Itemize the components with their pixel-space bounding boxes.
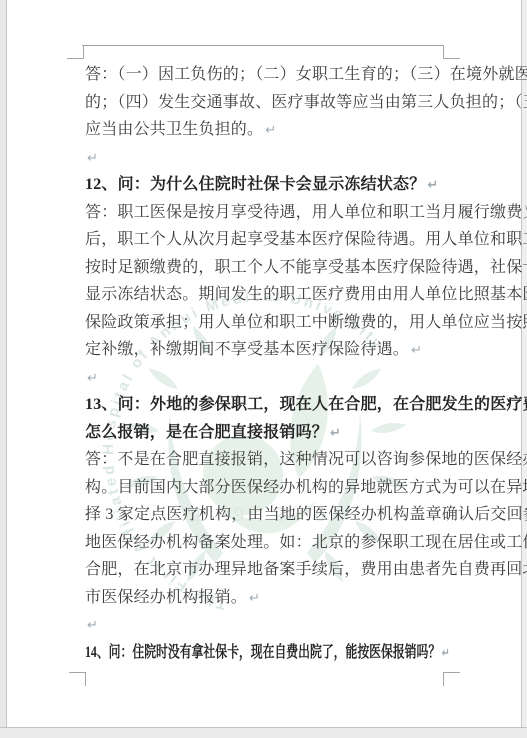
margin-mark-bottom-right-vertical — [443, 672, 444, 686]
line-text: 答：（一）因工负伤的；（二）女职工生育的；（三）在境外就医 — [85, 66, 527, 83]
paragraph-mark: ↵ — [330, 426, 341, 441]
text-line[interactable]: 答：职工医保是按月享受待遇，用人单位和职工当月履行缴费义务 — [85, 199, 445, 227]
text-line[interactable]: 应当由公共卫生负担的。↵ — [85, 116, 445, 144]
line-text: 12、问：为什么住院时社保卡会显示冻结状态？ — [85, 176, 425, 193]
text-line[interactable]: 后，职工个人从次月起享受基本医疗保险待遇。用人单位和职工不 — [85, 226, 445, 254]
line-text: 构。目前国内大部分医保经办机构的异地就医方式为可以在异地选 — [85, 479, 527, 496]
paragraph-mark: ↵ — [411, 343, 422, 358]
text-line[interactable]: 答：（一）因工负伤的；（二）女职工生育的；（三）在境外就医 — [85, 61, 445, 89]
line-text: 的；（四）发生交通事故、医疗事故等应当由第三人负担的；（五） — [85, 94, 527, 111]
line-text: 答：不是在合肥直接报销，这种情况可以咨询参保地的医保经办机 — [85, 451, 527, 468]
paragraph-mark: ↵ — [442, 646, 450, 661]
line-text: 怎么报销，是在合肥直接报销吗？ — [85, 424, 328, 441]
window-bottom-edge — [0, 727, 527, 738]
window-left-edge — [0, 0, 7, 728]
text-line[interactable]: 按时足额缴费的，职工个人不能享受基本医疗保险待遇，社保卡会 — [85, 254, 445, 282]
margin-mark-top-left-vertical — [83, 45, 84, 59]
text-line[interactable]: 14、问：住院时没有拿社保卡，现在自费出院了，能按医保报销吗？↵ — [85, 639, 445, 667]
text-line[interactable]: 定补缴，补缴期间不享受基本医疗保险待遇。↵ — [85, 336, 445, 364]
line-text: 后，职工个人从次月起享受基本医疗保险待遇。用人单位和职工不 — [85, 231, 527, 248]
word-processor-viewport: { "window": { "edge_color": "#c6c6c6", "… — [0, 0, 527, 738]
page-top-edge-line — [82, 45, 444, 46]
text-line[interactable]: 保险政策承担；用人单位和职工中断缴费的，用人单位应当按照规 — [85, 309, 445, 337]
text-line[interactable]: 合肥，在北京市办理异地备案手续后，费用由患者先自费再回北京 — [85, 556, 445, 584]
paragraph-mark: ↵ — [87, 618, 98, 633]
line-text: 地医保经办机构备案处理。如：北京的参保职工现在居住或工作在 — [85, 534, 527, 551]
line-text: 答：职工医保是按月享受待遇，用人单位和职工当月履行缴费义务 — [85, 204, 527, 221]
text-line[interactable]: 12、问：为什么住院时社保卡会显示冻结状态？↵ — [85, 171, 445, 199]
text-line[interactable]: 构。目前国内大部分医保经办机构的异地就医方式为可以在异地选 — [85, 474, 445, 502]
text-line[interactable]: 13、问：外地的参保职工，现在人在合肥，在合肥发生的医疗费用 — [85, 391, 445, 419]
line-text: 应当由公共卫生负担的。 — [85, 121, 263, 138]
line-text: 合肥，在北京市办理异地备案手续后，费用由患者先自费再回北京 — [85, 561, 527, 578]
text-line[interactable]: ↵ — [85, 364, 445, 392]
line-text: 13、问：外地的参保职工，现在人在合肥，在合肥发生的医疗费用 — [85, 396, 527, 413]
text-line[interactable]: 市医保经办机构报销。↵ — [85, 584, 445, 612]
text-line[interactable]: ↵ — [85, 144, 445, 172]
line-text: 显示冻结状态。期间发生的职工医疗费用由用人单位比照基本医疗 — [85, 286, 527, 303]
text-line[interactable]: 答：不是在合肥直接报销，这种情况可以咨询参保地的医保经办机 — [85, 446, 445, 474]
margin-mark-top-right-vertical — [443, 45, 444, 59]
margin-mark-bottom-left-vertical — [85, 672, 86, 686]
line-text: 14、问：住院时没有拿社保卡，现在自费出院了，能按医保报销吗？ — [85, 644, 440, 661]
text-line[interactable]: 显示冻结状态。期间发生的职工医疗费用由用人单位比照基本医疗 — [85, 281, 445, 309]
text-line[interactable]: 怎么报销，是在合肥直接报销吗？↵ — [85, 419, 445, 447]
line-text: 市医保经办机构报销。 — [85, 589, 247, 606]
paragraph-mark: ↵ — [87, 151, 98, 166]
line-text: 保险政策承担；用人单位和职工中断缴费的，用人单位应当按照规 — [85, 314, 527, 331]
text-line[interactable]: 地医保经办机构备案处理。如：北京的参保职工现在居住或工作在 — [85, 529, 445, 557]
margin-mark-top-right-horizontal — [443, 58, 460, 59]
paragraph-mark: ↵ — [427, 178, 438, 193]
text-line[interactable]: 择 3 家定点医疗机构，由当地的医保经办机构盖章确认后交回参保 — [85, 501, 445, 529]
line-text: 定补缴，补缴期间不享受基本医疗保险待遇。 — [85, 341, 409, 358]
document-text[interactable]: 答：（一）因工负伤的；（二）女职工生育的；（三）在境外就医的；（四）发生交通事故… — [85, 61, 445, 666]
text-line[interactable]: ↵ — [85, 611, 445, 639]
margin-mark-bottom-left-horizontal — [69, 672, 86, 673]
margin-mark-bottom-right-horizontal — [443, 672, 460, 673]
text-line[interactable]: 的；（四）发生交通事故、医疗事故等应当由第三人负担的；（五） — [85, 89, 445, 117]
paragraph-mark: ↵ — [249, 591, 260, 606]
margin-mark-top-left-horizontal — [67, 58, 84, 59]
line-text: 择 3 家定点医疗机构，由当地的医保经办机构盖章确认后交回参保 — [85, 506, 527, 523]
paragraph-mark: ↵ — [87, 371, 98, 386]
paragraph-mark: ↵ — [265, 123, 276, 138]
line-text: 按时足额缴费的，职工个人不能享受基本医疗保险待遇，社保卡会 — [85, 259, 527, 276]
